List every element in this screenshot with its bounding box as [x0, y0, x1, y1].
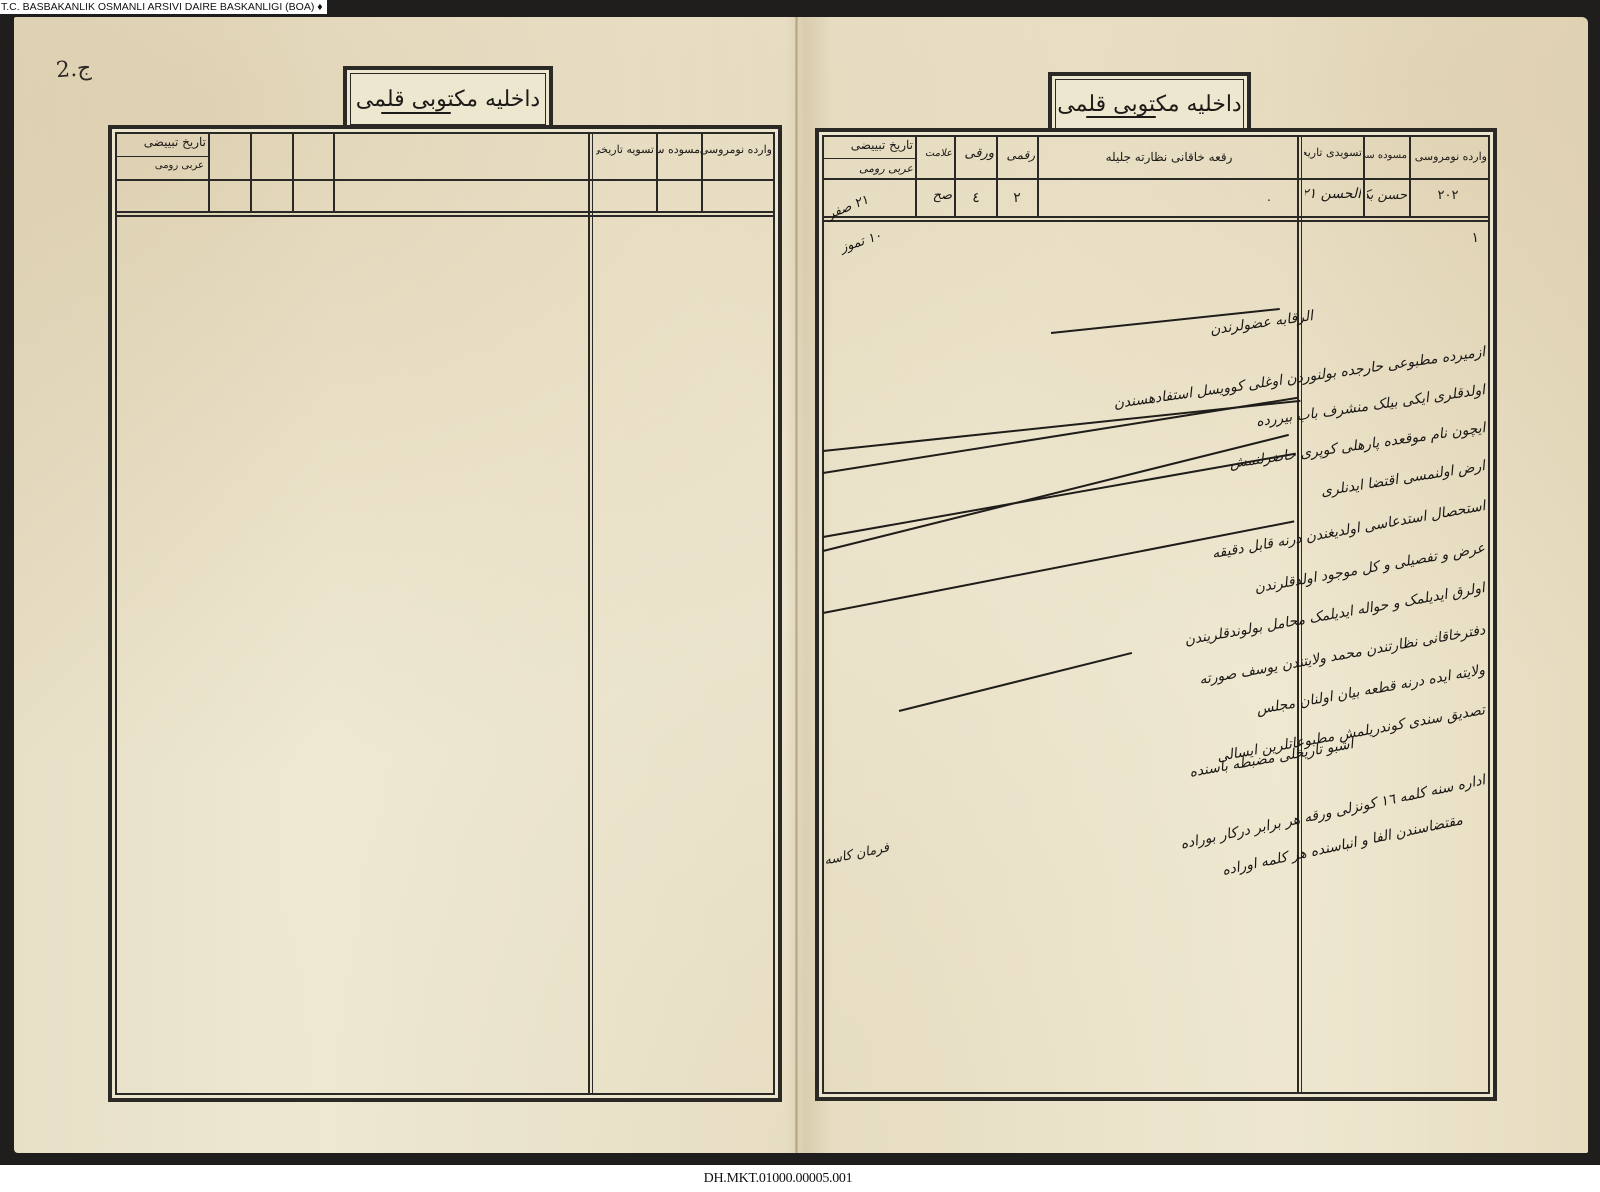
body-line: فرمان كاسه: [823, 840, 891, 868]
header-cell-draft: مسوده سی: [658, 143, 700, 156]
col-divider: [996, 136, 998, 218]
col-divider: [1409, 136, 1411, 218]
strike-through: [823, 397, 1297, 474]
header-cell-fair-copy-date: تاریخ تبییضی: [825, 138, 913, 152]
archive-header-label: T.C. BASBAKANLIK OSMANLI ARSIVI DAIRE BA…: [0, 0, 327, 14]
title-swash: [1086, 116, 1156, 118]
date-sub-divider: [823, 158, 915, 159]
number-value: ٢: [999, 190, 1035, 206]
col-divider: [915, 136, 917, 218]
title-swash: [381, 112, 451, 114]
header-cell-number: رقمی: [999, 148, 1035, 162]
strike-through: [899, 652, 1132, 712]
header-cell-subject: رقعه خاقانی نظارته جلیله: [1059, 150, 1279, 164]
header-cell-draft: مسوده سی: [1365, 150, 1407, 161]
body-line: اولدقلری ایکی بیلک منشرف باب بیررده: [1255, 382, 1486, 430]
date-sub-divider: [116, 156, 208, 157]
header-cell-fair-copy-date: تاریخ تبییضی: [118, 135, 206, 149]
corner-annotation: 2.ج: [55, 56, 92, 83]
header-cell-calendar-types: عربی رومی: [827, 162, 913, 175]
strike-through: [823, 520, 1295, 614]
strike-through: [823, 453, 1296, 538]
date-rumi-value: ١٠ تموز: [839, 228, 884, 255]
mark-value: صح: [920, 188, 952, 203]
header-cell-draft-date: تسویدی تاریخی: [1304, 146, 1362, 159]
draft-date-value: الحسن ٢١: [1305, 186, 1361, 202]
right-page-title: داخلیه مکتوبی قلمی: [1057, 92, 1241, 117]
reference-code: DH.MKT.01000.00005.001: [704, 1165, 853, 1192]
left-page-form: وارده نومروسی مسوده سی تسویه تاریخی تاری…: [108, 125, 782, 1102]
col-divider: [954, 136, 956, 218]
left-page-title-tab: داخلیه مکتوبی قلمی: [343, 66, 553, 132]
header-cell-calendar-types: عربی رومی: [122, 160, 204, 171]
value-row-divider-double: [116, 215, 774, 217]
col-divider: [1363, 136, 1365, 218]
subject-value: .: [1267, 190, 1271, 204]
value-row-divider-double: [823, 220, 1489, 222]
col-divider: [208, 133, 210, 213]
col-divider: [292, 133, 294, 213]
header-cell-clean-copy-date: تسویه تاریخی: [596, 143, 654, 156]
header-cell-sheet: ورقی: [958, 146, 994, 161]
main-col-divider-double: [592, 133, 593, 1094]
col-divider: [250, 133, 252, 213]
header-cell-mark: علامت: [918, 148, 952, 159]
draft-value: حسن بک: [1367, 188, 1407, 203]
page-fold: [795, 17, 798, 1153]
body-line: ارض اولنمسی اقتضا ایدنلری: [1320, 458, 1486, 500]
header-cell-incoming-number: وارده نومروسی: [700, 143, 772, 156]
right-page-form: وارده نومروسی ٢٠٢ مسوده سی حسن بک تسویدی…: [815, 128, 1497, 1101]
sheet-value: ٤: [958, 190, 994, 206]
incoming-number-value: ٢٠٢: [1413, 188, 1483, 203]
right-page-title-tab: داخلیه مکتوبی قلمی: [1048, 72, 1251, 136]
header-row-divider: [116, 179, 774, 181]
date-hijri-value: ٢١ صفر: [825, 193, 870, 223]
col-divider: [1037, 136, 1039, 218]
col-divider: [333, 133, 335, 213]
header-row-divider: [823, 178, 1489, 180]
main-col-divider: [588, 133, 590, 1094]
reference-code-caption: DH.MKT.01000.00005.001: [0, 1165, 1600, 1192]
row-number: ١: [1471, 230, 1479, 246]
left-page-title: داخلیه مکتوبی قلمی: [356, 87, 540, 112]
header-cell-incoming-number: وارده نومروسی: [1415, 150, 1487, 163]
value-row-divider: [116, 211, 774, 213]
value-row-divider: [823, 216, 1489, 218]
